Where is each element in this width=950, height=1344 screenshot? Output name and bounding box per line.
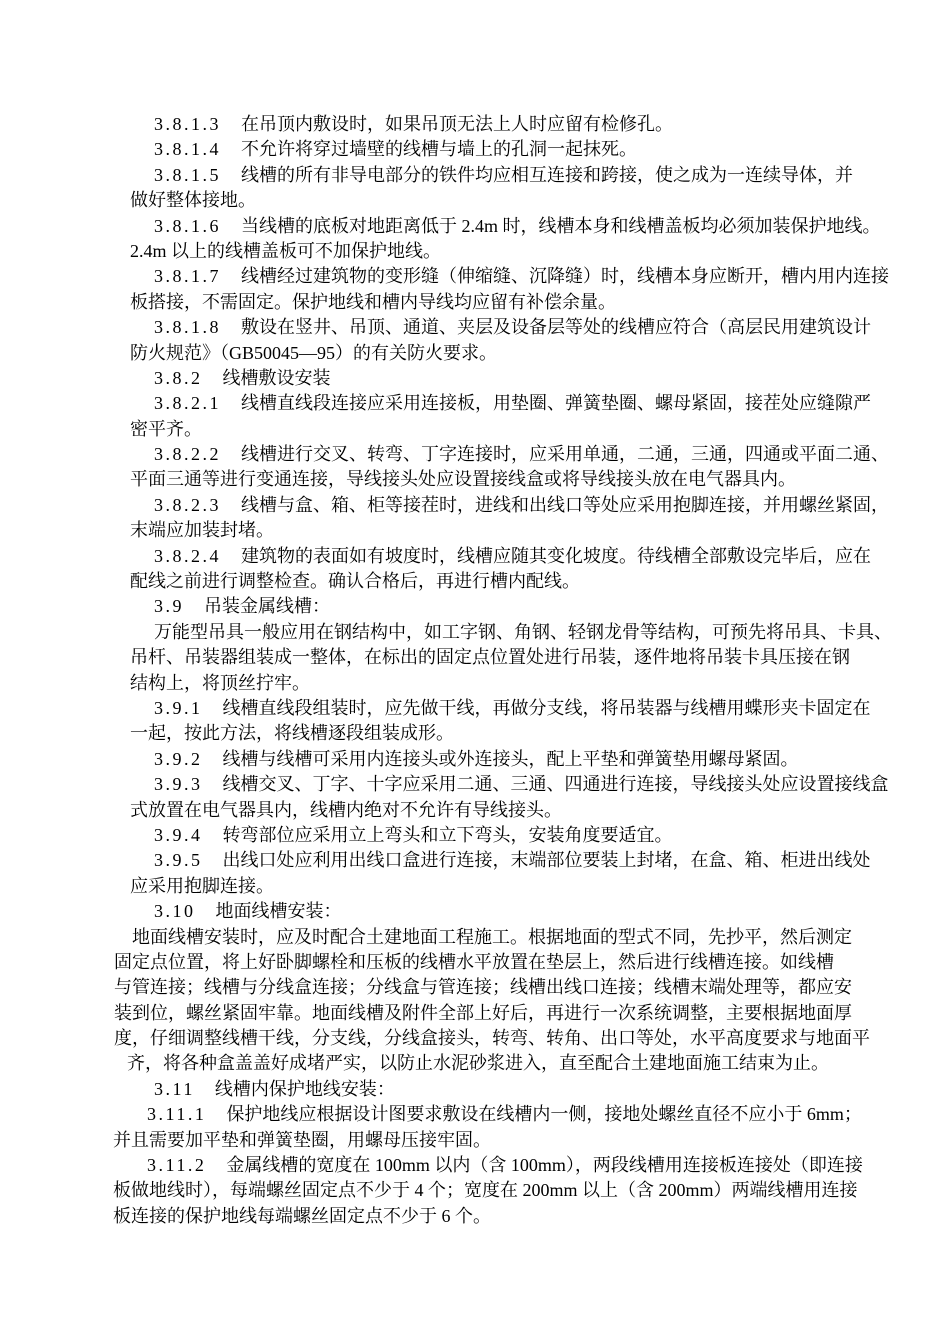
clause-number: 3.8.2.1	[154, 393, 241, 413]
text-line: 3.8.2.2线槽进行交叉、转弯、丁字连接时，应采用单通，二通，三通，四通或平面…	[130, 442, 942, 467]
clause-text: 板连接的保护地线每端螺丝固定点不少于 6 个。	[113, 1206, 491, 1226]
text-line: 3.8.2.4建筑物的表面如有坡度时，线槽应随其变化坡度。待线槽全部敷设完毕后，…	[130, 544, 942, 569]
clause-text: 不允许将穿过墙壁的线槽与墙上的孔洞一起抹死。	[241, 139, 637, 159]
clause-number: 3.8.1.7	[154, 266, 241, 286]
text-line: 3.9.5出线口处应利用出线口盒进行连接，末端部位要装上封堵，在盒、箱、柜进出线…	[130, 848, 942, 873]
clause-number: 3.11.2	[147, 1155, 226, 1175]
text-line: 3.8.1.3在吊顶内敷设时，如果吊顶无法上人时应留有检修孔。	[130, 112, 942, 137]
text-line: 地面线槽安装时，应及时配合土建地面工程施工。根据地面的型式不同，先抄平，然后测定	[132, 925, 942, 950]
text-line: 3.8.2.3线槽与盒、箱、柜等接茬时，进线和出线口等处应采用抱脚连接，并用螺丝…	[130, 493, 942, 518]
text-line: 板做地线时），每端螺丝固定点不少于 4 个；宽度在 200mm 以上（含 200…	[113, 1178, 942, 1203]
text-line: 3.9.4转弯部位应采用立上弯头和立下弯头，安装角度要适宜。	[130, 823, 942, 848]
text-line: 3.8.1.8敷设在竖井、吊顶、通道、夹层及设备层等处的线槽应符合（高层民用建筑…	[130, 315, 942, 340]
clause-text: 吊杆、吊装器组装成一整体，在标出的固定点位置处进行吊装，逐件地将吊装卡具压接在钢	[130, 647, 850, 667]
clause-text: 在吊顶内敷设时，如果吊顶无法上人时应留有检修孔。	[241, 114, 673, 134]
text-line: 末端应加装封堵。	[130, 518, 942, 543]
clause-number: 3.8.1.6	[154, 216, 241, 236]
text-line: 3.8.1.5线槽的所有非导电部分的铁件均应相互连接和跨接，使之成为一连续导体，…	[130, 163, 942, 188]
clause-text: 线槽与线槽可采用内连接头或外连接头，配上平垫和弹簧垫用螺母紧固。	[223, 749, 799, 769]
clause-number: 3.8.1.8	[154, 317, 241, 337]
clause-text: 线槽经过建筑物的变形缝（伸缩缝、沉降缝）时，线槽本身应断开，槽内用内连接	[241, 266, 889, 286]
text-line: 3.11.2金属线槽的宽度在 100mm 以内（含 100mm），两段线槽用连接…	[123, 1153, 942, 1178]
text-line: 应采用抱脚连接。	[130, 874, 942, 899]
clause-text: 结构上，将顶丝拧牢。	[130, 673, 310, 693]
text-line: 板连接的保护地线每端螺丝固定点不少于 6 个。	[113, 1204, 942, 1229]
text-line: 装到位，螺丝紧固牢靠。地面线槽及附件全部上好后，再进行一次系统调整，主要根据地面…	[114, 1001, 942, 1026]
text-line: 万能型吊具一般应用在钢结构中，如工字钢、角钢、轻钢龙骨等结构，可预先将吊具、卡具…	[130, 620, 942, 645]
text-line: 3.9.3线槽交叉、丁字、十字应采用二通、三通、四通进行连接，导线接头处应设置接…	[130, 772, 942, 797]
text-line: 固定点位置，将上好卧脚螺栓和压板的线槽水平放置在垫层上，然后进行线槽连接。如线槽	[114, 950, 942, 975]
clause-text: 敷设在竖井、吊顶、通道、夹层及设备层等处的线槽应符合（高层民用建筑设计	[241, 317, 871, 337]
clause-number: 3.8.2	[154, 368, 223, 388]
clause-number: 3.8.2.3	[154, 495, 241, 515]
clause-number: 3.11.1	[147, 1104, 226, 1124]
clause-text: 线槽直线段连接应采用连接板，用垫圈、弹簧垫圈、螺母紧固，接茬处应缝隙严	[241, 393, 871, 413]
clause-number: 3.9	[154, 596, 204, 616]
text-line: 3.8.1.7线槽经过建筑物的变形缝（伸缩缝、沉降缝）时，线槽本身应断开，槽内用…	[130, 264, 942, 289]
clause-text: 做好整体接地。	[130, 190, 256, 210]
clause-text: 地面线槽安装：	[216, 901, 342, 921]
text-line: 3.9.1线槽直线段组装时，应先做干线，再做分支线，将吊装器与线槽用蝶形夹卡固定…	[130, 696, 942, 721]
text-line: 密平齐。	[130, 417, 942, 442]
clause-text: 转弯部位应采用立上弯头和立下弯头，安装角度要适宜。	[223, 825, 673, 845]
text-line: 并且需要加平垫和弹簧垫圈，用螺母压接牢固。	[113, 1128, 942, 1153]
clause-text: 线槽交叉、丁字、十字应采用二通、三通、四通进行连接，导线接头处应设置接线盒	[223, 774, 889, 794]
clause-text: 保护地线应根据设计图要求敷设在线槽内一侧，接地处螺丝直径不应小于 6mm；	[226, 1104, 862, 1124]
clause-number: 3.10	[154, 901, 216, 921]
clause-text: 密平齐。	[130, 419, 202, 439]
clause-text: 应采用抱脚连接。	[130, 876, 274, 896]
clause-number: 3.8.1.4	[154, 139, 241, 159]
text-line: 一起，按此方法，将线槽逐段组装成形。	[130, 721, 942, 746]
clause-text: 一起，按此方法，将线槽逐段组装成形。	[130, 723, 454, 743]
text-line: 齐，将各种盒盖盖好成堵严实，以防止水泥砂浆进入，直至配合土建地面施工结束为止。	[127, 1051, 942, 1076]
clause-text: 线槽直线段组装时，应先做干线，再做分支线，将吊装器与线槽用蝶形夹卡固定在	[223, 698, 871, 718]
clause-text: 当线槽的底板对地距离低于 2.4m 时，线槽本身和线槽盖板均必须加装保护地线。	[241, 216, 881, 236]
text-line: 2.4m 以上的线槽盖板可不加保护地线。	[130, 239, 942, 264]
clause-text: 金属线槽的宽度在 100mm 以内（含 100mm），两段线槽用连接板连接处（即…	[226, 1155, 863, 1175]
text-line: 吊杆、吊装器组装成一整体，在标出的固定点位置处进行吊装，逐件地将吊装卡具压接在钢	[130, 645, 942, 670]
text-line: 3.8.1.6当线槽的底板对地距离低于 2.4m 时，线槽本身和线槽盖板均必须加…	[130, 214, 942, 239]
clause-text: 出线口处应利用出线口盒进行连接，末端部位要装上封堵，在盒、箱、柜进出线处	[223, 850, 871, 870]
text-line: 配线之前进行调整检查。确认合格后，再进行槽内配线。	[130, 569, 942, 594]
clause-number: 3.9.3	[154, 774, 223, 794]
clause-text: 式放置在电气器具内，线槽内绝对不允许有导线接头。	[130, 800, 562, 820]
clause-text: 2.4m 以上的线槽盖板可不加保护地线。	[130, 241, 441, 261]
clause-text: 线槽内保护地线安装：	[215, 1079, 395, 1099]
clause-text: 板做地线时），每端螺丝固定点不少于 4 个；宽度在 200mm 以上（含 200…	[113, 1180, 858, 1200]
clause-text: 防火规范》（GB50045—95）的有关防火要求。	[130, 343, 497, 363]
clause-number: 3.11	[154, 1079, 215, 1099]
text-line: 做好整体接地。	[130, 188, 942, 213]
clause-number: 3.9.1	[154, 698, 223, 718]
clause-text: 板搭接，不需固定。保护地线和槽内导线均应留有补偿余量。	[130, 292, 616, 312]
clause-number: 3.8.2.4	[154, 546, 241, 566]
text-line: 式放置在电气器具内，线槽内绝对不允许有导线接头。	[130, 798, 942, 823]
text-line: 3.9.2线槽与线槽可采用内连接头或外连接头，配上平垫和弹簧垫用螺母紧固。	[130, 747, 942, 772]
clause-text: 末端应加装封堵。	[130, 520, 274, 540]
clause-text: 平面三通等进行变通连接，导线接头处应设置接线盒或将导线接头放在电气器具内。	[130, 469, 796, 489]
document-body: 3.8.1.3在吊顶内敷设时，如果吊顶无法上人时应留有检修孔。3.8.1.4不允…	[130, 112, 942, 1229]
clause-text: 线槽与盒、箱、柜等接茬时，进线和出线口等处应采用抱脚连接，并用螺丝紧固，	[241, 495, 889, 515]
text-line: 3.11线槽内保护地线安装：	[130, 1077, 942, 1102]
text-line: 3.10地面线槽安装：	[130, 899, 942, 924]
clause-text: 装到位，螺丝紧固牢靠。地面线槽及附件全部上好后，再进行一次系统调整，主要根据地面…	[114, 1003, 852, 1023]
clause-text: 线槽的所有非导电部分的铁件均应相互连接和跨接，使之成为一连续导体，并	[241, 165, 853, 185]
clause-text: 齐，将各种盒盖盖好成堵严实，以防止水泥砂浆进入，直至配合土建地面施工结束为止。	[127, 1053, 829, 1073]
clause-text: 线槽敷设安装	[223, 368, 331, 388]
text-line: 3.8.2.1线槽直线段连接应采用连接板，用垫圈、弹簧垫圈、螺母紧固，接茬处应缝…	[130, 391, 942, 416]
clause-text: 吊装金属线槽：	[204, 596, 330, 616]
clause-number: 3.9.5	[154, 850, 223, 870]
clause-text: 万能型吊具一般应用在钢结构中，如工字钢、角钢、轻钢龙骨等结构，可预先将吊具、卡具…	[154, 622, 892, 642]
text-line: 与管连接；线槽与分线盒连接；分线盒与管连接；线槽出线口连接；线槽末端处理等，都应…	[114, 975, 942, 1000]
clause-text: 建筑物的表面如有坡度时，线槽应随其变化坡度。待线槽全部敷设完毕后，应在	[241, 546, 871, 566]
clause-number: 3.9.2	[154, 749, 223, 769]
clause-text: 与管连接；线槽与分线盒连接；分线盒与管连接；线槽出线口连接；线槽末端处理等，都应…	[114, 977, 852, 997]
text-line: 度，仔细调整线槽干线，分支线，分线盒接头，转弯、转角、出口等处，水平高度要求与地…	[114, 1026, 942, 1051]
text-line: 平面三通等进行变通连接，导线接头处应设置接线盒或将导线接头放在电气器具内。	[130, 467, 942, 492]
text-line: 3.11.1保护地线应根据设计图要求敷设在线槽内一侧，接地处螺丝直径不应小于 6…	[123, 1102, 942, 1127]
clause-text: 并且需要加平垫和弹簧垫圈，用螺母压接牢固。	[113, 1130, 491, 1150]
clause-text: 固定点位置，将上好卧脚螺栓和压板的线槽水平放置在垫层上，然后进行线槽连接。如线槽	[114, 952, 834, 972]
text-line: 结构上，将顶丝拧牢。	[130, 671, 942, 696]
text-line: 3.8.1.4不允许将穿过墙壁的线槽与墙上的孔洞一起抹死。	[130, 137, 942, 162]
clause-text: 度，仔细调整线槽干线，分支线，分线盒接头，转弯、转角、出口等处，水平高度要求与地…	[114, 1028, 870, 1048]
clause-text: 线槽进行交叉、转弯、丁字连接时，应采用单通，二通，三通，四通或平面二通、	[241, 444, 889, 464]
document-page: 3.8.1.3在吊顶内敷设时，如果吊顶无法上人时应留有检修孔。3.8.1.4不允…	[130, 112, 942, 1229]
clause-number: 3.8.1.5	[154, 165, 241, 185]
text-line: 3.9吊装金属线槽：	[130, 594, 942, 619]
clause-number: 3.8.2.2	[154, 444, 241, 464]
clause-number: 3.9.4	[154, 825, 223, 845]
clause-text: 地面线槽安装时，应及时配合土建地面工程施工。根据地面的型式不同，先抄平，然后测定	[132, 927, 852, 947]
clause-number: 3.8.1.3	[154, 114, 241, 134]
text-line: 3.8.2线槽敷设安装	[130, 366, 942, 391]
clause-text: 配线之前进行调整检查。确认合格后，再进行槽内配线。	[130, 571, 580, 591]
text-line: 防火规范》（GB50045—95）的有关防火要求。	[130, 341, 942, 366]
text-line: 板搭接，不需固定。保护地线和槽内导线均应留有补偿余量。	[130, 290, 942, 315]
